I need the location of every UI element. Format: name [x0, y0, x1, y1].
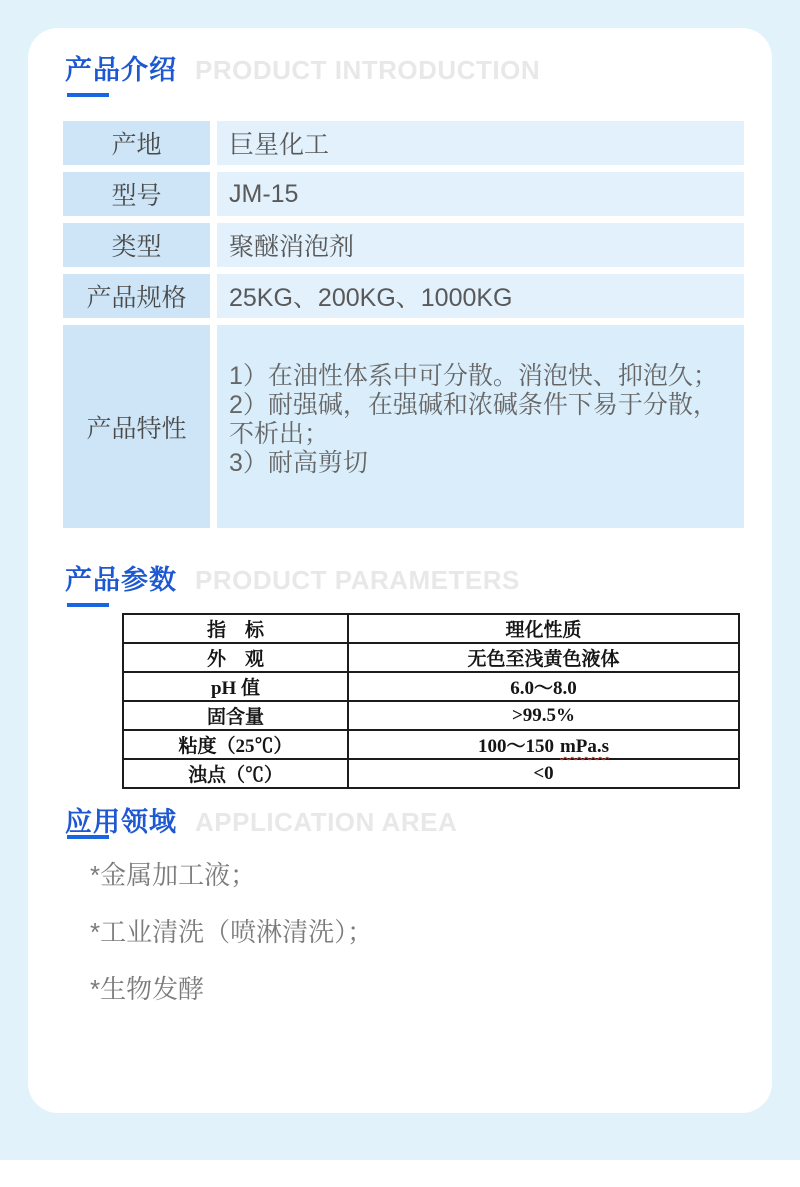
param-name-appearance: 外 观 — [123, 643, 348, 672]
feature-line: 3）耐高剪切 — [229, 449, 734, 478]
param-value-header: 理化性质 — [348, 614, 739, 643]
param-name-viscosity: 粘度（25℃） — [123, 730, 348, 759]
section-params-header: 产品参数 PRODUCT PARAMETERS — [65, 564, 520, 596]
table-row: 产品规格 25KG、200KG、1000KG — [63, 274, 744, 318]
param-name-header: 指 标 — [123, 614, 348, 643]
section-intro-header: 产品介绍 PRODUCT INTRODUCTION — [65, 54, 540, 86]
viscosity-range: 100～150 — [478, 736, 554, 757]
param-value-solid-content: >99.5% — [348, 701, 739, 730]
table-row: 产地 巨星化工 — [63, 121, 744, 165]
params-title-cn: 产品参数 — [65, 564, 177, 596]
list-item-industrial-cleaning: *工业清洗（喷淋清洗）； — [90, 917, 373, 947]
table-row: 外 观 无色至浅黄色液体 — [123, 643, 739, 672]
table-row: 指 标 理化性质 — [123, 614, 739, 643]
content-card: 产品介绍 PRODUCT INTRODUCTION 产地 巨星化工 型号 JM-… — [28, 28, 772, 1113]
feature-line: 1）在油性体系中可分散。消泡快、抑泡久； — [229, 362, 734, 391]
param-value-cloud-point: <0 — [348, 759, 739, 788]
parameters-table: 指 标 理化性质 外 观 无色至浅黄色液体 pH 值 6.0～8.0 固含量 >… — [122, 613, 740, 789]
info-value-model: JM-15 — [217, 172, 744, 216]
table-row: pH 值 6.0～8.0 — [123, 672, 739, 701]
param-name-solid-content: 固含量 — [123, 701, 348, 730]
section-application-header: 应用领域 APPLICATION AREA — [65, 806, 457, 838]
info-label-type: 类型 — [63, 223, 210, 267]
info-value-spec: 25KG、200KG、1000KG — [217, 274, 744, 318]
table-row: 浊点（℃） <0 — [123, 759, 739, 788]
product-page: 产品介绍 PRODUCT INTRODUCTION 产地 巨星化工 型号 JM-… — [0, 0, 800, 1187]
info-value-features: 1）在油性体系中可分散。消泡快、抑泡久； 2）耐强碱，在强碱和浓碱条件下易于分散… — [217, 325, 744, 528]
application-title-cn: 应用领域 — [65, 806, 177, 838]
viscosity-unit-spellcheck: mPa.s — [560, 736, 609, 757]
param-name-cloud-point: 浊点（℃） — [123, 759, 348, 788]
param-value-ph: 6.0～8.0 — [348, 672, 739, 701]
table-row: 类型 聚醚消泡剂 — [63, 223, 744, 267]
params-title-underline — [67, 603, 109, 607]
info-value-type: 聚醚消泡剂 — [217, 223, 744, 267]
application-title-underline — [67, 835, 109, 839]
table-row-features: 产品特性 1）在油性体系中可分散。消泡快、抑泡久； 2）耐强碱，在强碱和浓碱条件… — [63, 325, 744, 528]
info-label-features: 产品特性 — [63, 325, 210, 528]
info-label-origin: 产地 — [63, 121, 210, 165]
application-title-en: APPLICATION AREA — [195, 807, 457, 837]
table-row: 粘度（25℃） 100～150mPa.s — [123, 730, 739, 759]
product-info-table: 产地 巨星化工 型号 JM-15 类型 聚醚消泡剂 产品规格 25KG、200K… — [63, 121, 744, 528]
param-name-ph: pH 值 — [123, 672, 348, 701]
info-label-model: 型号 — [63, 172, 210, 216]
info-label-spec: 产品规格 — [63, 274, 210, 318]
intro-title-en: PRODUCT INTRODUCTION — [195, 55, 540, 85]
table-row: 型号 JM-15 — [63, 172, 744, 216]
list-item-metalworking-fluid: *金属加工液； — [90, 860, 256, 890]
intro-title-cn: 产品介绍 — [65, 54, 177, 86]
table-row: 固含量 >99.5% — [123, 701, 739, 730]
list-item-bio-fermentation: *生物发酵 — [90, 974, 204, 1004]
param-value-appearance: 无色至浅黄色液体 — [348, 643, 739, 672]
info-value-origin: 巨星化工 — [217, 121, 744, 165]
param-value-viscosity: 100～150mPa.s — [348, 730, 739, 759]
feature-line: 2）耐强碱，在强碱和浓碱条件下易于分散，不析出； — [229, 391, 734, 449]
intro-title-underline — [67, 93, 109, 97]
params-title-en: PRODUCT PARAMETERS — [195, 565, 520, 595]
